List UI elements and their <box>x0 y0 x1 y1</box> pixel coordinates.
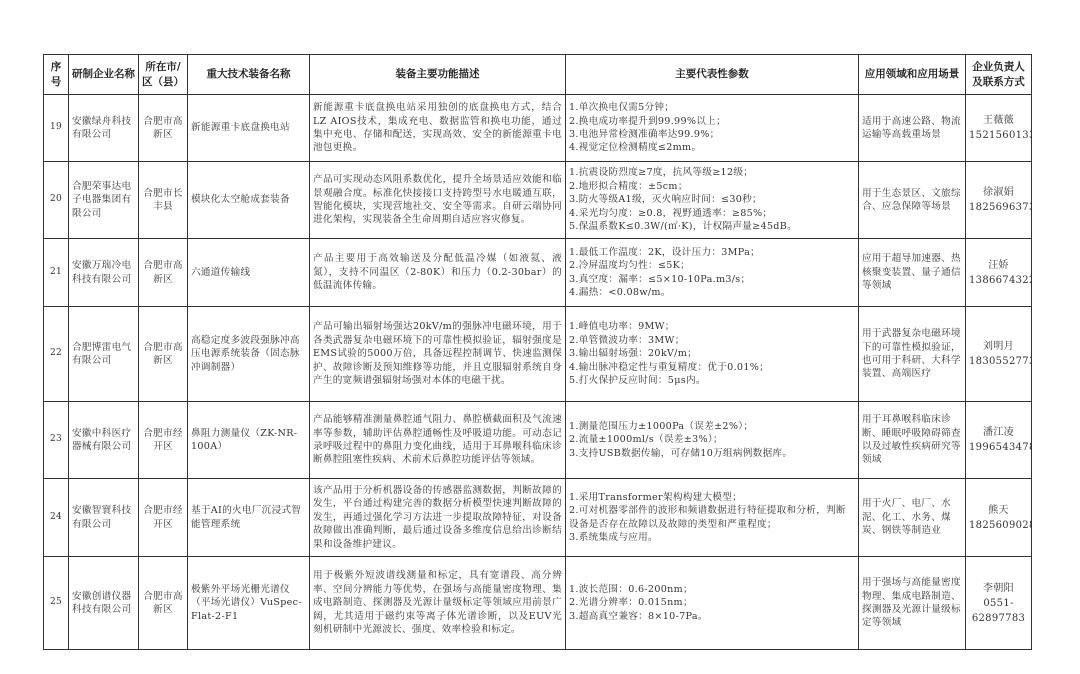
param-line: 2.光谱分辨率：0.015nm； <box>569 596 855 609</box>
param-line: 2.地形拟合精度：±5cm； <box>569 180 855 193</box>
cell-location: 合肥市高新区 <box>139 239 188 307</box>
cell-contact: 王薇薇 15215601339 <box>966 95 1032 162</box>
cell-location: 合肥市高新区 <box>139 307 188 402</box>
contact-phone: 19965434788 <box>969 440 1028 455</box>
contact-name: 潘江凌 <box>969 425 1028 440</box>
param-line: 2.冷屏温度均匀性：≤5K； <box>569 259 855 272</box>
param-line: 4.采光均匀度：≥0.8，视野通透率：≥85%； <box>569 207 855 220</box>
table-row: 19 安徽绿舟科技有限公司 合肥市高新区 新能源重卡底盘换电站 新能源重卡底盘换… <box>44 95 1032 162</box>
param-line: 1.测量范围压力±1000Pa（误差±2%）； <box>569 420 855 433</box>
cell-equipment: 高稳定度多波段强脉冲高压电源系统装备（固态脉冲调制器） <box>188 307 310 402</box>
param-line: 2.换电成功率提升到99.99%以上； <box>569 115 855 128</box>
header-equipment: 重大技术装备名称 <box>188 55 310 95</box>
cell-company: 安徽绿舟科技有限公司 <box>69 95 139 162</box>
param-line: 5.打火保护反应时间：5μs内。 <box>569 374 855 387</box>
header-row: 序号 研制企业名称 所在市/区（县） 重大技术装备名称 装备主要功能描述 主要代… <box>44 55 1032 95</box>
cell-seq: 25 <box>44 557 69 650</box>
equipment-table: 序号 研制企业名称 所在市/区（县） 重大技术装备名称 装备主要功能描述 主要代… <box>43 54 1032 650</box>
cell-seq: 19 <box>44 95 69 162</box>
cell-application: 用于强场与高能量密度物理、集成电路制造、探测器及光源计量级标定等领域 <box>859 557 966 650</box>
cell-company: 安徽中科医疗器械有限公司 <box>69 402 139 479</box>
cell-description: 新能源重卡底盘换电站采用独创的底盘换电方式，结合LZ AIOS技术，集成充电、数… <box>310 95 566 162</box>
param-line: 1.单次换电仅需5分钟； <box>569 101 855 114</box>
param-line: 5.保温系数K≤0.3W/(㎡·K)，计权隔声量≥45dB。 <box>569 220 855 233</box>
param-line: 2.流量±1000ml/s（误差±3%）； <box>569 433 855 446</box>
cell-description: 该产品用于分析机器设备的传感器监测数据，判断故障的发生，平台通过构建完善的数据分… <box>310 479 566 557</box>
cell-application: 用于火厂、电厂、水泥、化工、水务、煤炭、钢铁等制造业 <box>859 479 966 557</box>
cell-company: 安徽创谱仪器科技有限公司 <box>69 557 139 650</box>
cell-seq: 22 <box>44 307 69 402</box>
contact-name: 李朝阳 <box>969 581 1028 596</box>
header-location: 所在市/区（县） <box>139 55 188 95</box>
cell-params: 1.测量范围压力±1000Pa（误差±2%）； 2.流量±1000ml/s（误差… <box>566 402 859 479</box>
cell-seq: 23 <box>44 402 69 479</box>
cell-params: 1.波长范围：0.6-200nm； 2.光谱分辨率：0.015nm； 3.超高真… <box>566 557 859 650</box>
table-row: 21 安徽万瑞冷电科技有限公司 合肥市高新区 六通道传输线 产品主要用于高效输送… <box>44 239 1032 307</box>
cell-params: 1.单次换电仅需5分钟； 2.换电成功率提升到99.99%以上； 3.电池异常检… <box>566 95 859 162</box>
contact-phone: 18305527735 <box>969 354 1028 369</box>
cell-application: 用于生态景区、文旅综合、应急保障等场景 <box>859 162 966 239</box>
cell-description: 用于极紫外短波谱线测量和标定，具有宽谱段、高分辨率、空间分辨能力等优势，在强场与… <box>310 557 566 650</box>
cell-application: 适用于高速公路、物流运输等高载重场景 <box>859 95 966 162</box>
contact-phone: 0551-62897783 <box>969 596 1028 626</box>
param-line: 1.波长范围：0.6-200nm； <box>569 583 855 596</box>
param-line: 2.可对机器零部件的波形和频谱数据进行特征提取和分析，判断设备是否存在故障以及故… <box>569 504 855 531</box>
cell-location: 合肥市高新区 <box>139 95 188 162</box>
header-params: 主要代表性参数 <box>566 55 859 95</box>
cell-description: 产品可输出辐射场强达20kV/m的强脉冲电磁环境，用于各类武器复杂电磁环境下的可… <box>310 307 566 402</box>
param-line: 4.漏热：<0.08w/m。 <box>569 286 855 299</box>
cell-contact: 熊天 18256090286 <box>966 479 1032 557</box>
param-line: 1.抗震设防烈度≥7度，抗风等级≥12级； <box>569 166 855 179</box>
table-row: 25 安徽创谱仪器科技有限公司 合肥市高新区 极紫外平场光栅光谱仪（平场光谱仪）… <box>44 557 1032 650</box>
contact-phone: 18256963730 <box>969 200 1028 215</box>
cell-equipment: 极紫外平场光栅光谱仪（平场光谱仪）VuSpec-Flat-2-F1 <box>188 557 310 650</box>
cell-location: 合肥市经开区 <box>139 479 188 557</box>
cell-equipment: 模块化太空舱成套装备 <box>188 162 310 239</box>
contact-name: 王薇薇 <box>969 113 1028 128</box>
document-page: 序号 研制企业名称 所在市/区（县） 重大技术装备名称 装备主要功能描述 主要代… <box>43 54 1032 650</box>
cell-contact: 徐淑娟 18256963730 <box>966 162 1032 239</box>
contact-name: 徐淑娟 <box>969 185 1028 200</box>
contact-name: 熊天 <box>969 503 1028 518</box>
cell-equipment: 新能源重卡底盘换电站 <box>188 95 310 162</box>
cell-seq: 24 <box>44 479 69 557</box>
cell-application: 应用于超导加速器、热核聚变装置、量子通信等领域 <box>859 239 966 307</box>
param-line: 3.防火等级A1级，灭火响应时间：≤30秒； <box>569 193 855 206</box>
contact-phone: 15215601339 <box>969 128 1028 143</box>
cell-location: 合肥市经开区 <box>139 402 188 479</box>
cell-company: 合肥荣事达电子电器集团有限公司 <box>69 162 139 239</box>
cell-equipment: 六通道传输线 <box>188 239 310 307</box>
param-line: 1.最低工作温度：2K，设计压力：3MPa； <box>569 246 855 259</box>
cell-description: 产品可实现动态风阻系数优化，提升全场景适应效能和临景观融合度。标准化快接接口支持… <box>310 162 566 239</box>
param-line: 2.单管微波功率：3MW； <box>569 334 855 347</box>
header-contact: 企业负责人及联系方式 <box>966 55 1032 95</box>
cell-company: 安徽智寰科技有限公司 <box>69 479 139 557</box>
cell-description: 产品主要用于高效输送及分配低温冷媒（如液氦、液氮），支持不同温区（2-80K）和… <box>310 239 566 307</box>
table-row: 24 安徽智寰科技有限公司 合肥市经开区 基于AI的火电厂沉浸式智能管理系统 该… <box>44 479 1032 557</box>
cell-params: 1.采用Transformer架构构建大模型； 2.可对机器零部件的波形和频谱数… <box>566 479 859 557</box>
cell-company: 安徽万瑞冷电科技有限公司 <box>69 239 139 307</box>
param-line: 3.系统集成与应用。 <box>569 531 855 544</box>
table-row: 20 合肥荣事达电子电器集团有限公司 合肥市长丰县 模块化太空舱成套装备 产品可… <box>44 162 1032 239</box>
table-row: 23 安徽中科医疗器械有限公司 合肥市经开区 鼻阻力测量仪（ZK-NR-100A… <box>44 402 1032 479</box>
cell-application: 用于武器复杂电磁环境下的可靠性模拟验证，也可用于科研、大科学装置、高端医疗 <box>859 307 966 402</box>
cell-description: 产品能够精准测量鼻腔通气阻力、鼻腔横截面积及气流速率等参数，辅助评估鼻腔通畅性及… <box>310 402 566 479</box>
cell-company: 合肥博雷电气有限公司 <box>69 307 139 402</box>
param-line: 4.视觉定位检测精度≤2mm。 <box>569 141 855 154</box>
cell-seq: 20 <box>44 162 69 239</box>
param-line: 3.支持USB数据传输，可存储10万组病例数据库。 <box>569 447 855 460</box>
param-line: 3.超高真空兼容：8×10-7Pa。 <box>569 610 855 623</box>
header-company: 研制企业名称 <box>69 55 139 95</box>
cell-location: 合肥市长丰县 <box>139 162 188 239</box>
contact-phone: 13866743226 <box>969 273 1028 288</box>
cell-location: 合肥市高新区 <box>139 557 188 650</box>
cell-params: 1.最低工作温度：2K，设计压力：3MPa； 2.冷屏温度均匀性：≤5K； 3.… <box>566 239 859 307</box>
header-seq: 序号 <box>44 55 69 95</box>
cell-params: 1.抗震设防烈度≥7度，抗风等级≥12级； 2.地形拟合精度：±5cm； 3.防… <box>566 162 859 239</box>
param-line: 1.峰值电功率：9MW； <box>569 320 855 333</box>
header-application: 应用领域和应用场景 <box>859 55 966 95</box>
cell-params: 1.峰值电功率：9MW； 2.单管微波功率：3MW； 3.输出辐射场强：20kV… <box>566 307 859 402</box>
cell-contact: 潘江凌 19965434788 <box>966 402 1032 479</box>
contact-name: 汪娇 <box>969 258 1028 273</box>
table-row: 22 合肥博雷电气有限公司 合肥市高新区 高稳定度多波段强脉冲高压电源系统装备（… <box>44 307 1032 402</box>
cell-contact: 汪娇 13866743226 <box>966 239 1032 307</box>
cell-contact: 刘明月 18305527735 <box>966 307 1032 402</box>
param-line: 4.输出脉冲稳定性与重复精度：优于0.01%； <box>569 361 855 374</box>
cell-contact: 李朝阳 0551-62897783 <box>966 557 1032 650</box>
cell-application: 用于耳鼻喉科临床诊断、睡眠呼吸障碍筛查以及过敏性疾病研究等领域 <box>859 402 966 479</box>
param-line: 3.电池异常检测准确率达99.9%； <box>569 128 855 141</box>
param-line: 1.采用Transformer架构构建大模型； <box>569 491 855 504</box>
header-description: 装备主要功能描述 <box>310 55 566 95</box>
contact-name: 刘明月 <box>969 339 1028 354</box>
cell-equipment: 鼻阻力测量仪（ZK-NR-100A） <box>188 402 310 479</box>
cell-seq: 21 <box>44 239 69 307</box>
param-line: 3.真空度：漏率：≤5×10-10Pa.m3/s； <box>569 273 855 286</box>
cell-equipment: 基于AI的火电厂沉浸式智能管理系统 <box>188 479 310 557</box>
param-line: 3.输出辐射场强：20kV/m； <box>569 347 855 360</box>
contact-phone: 18256090286 <box>969 518 1028 533</box>
